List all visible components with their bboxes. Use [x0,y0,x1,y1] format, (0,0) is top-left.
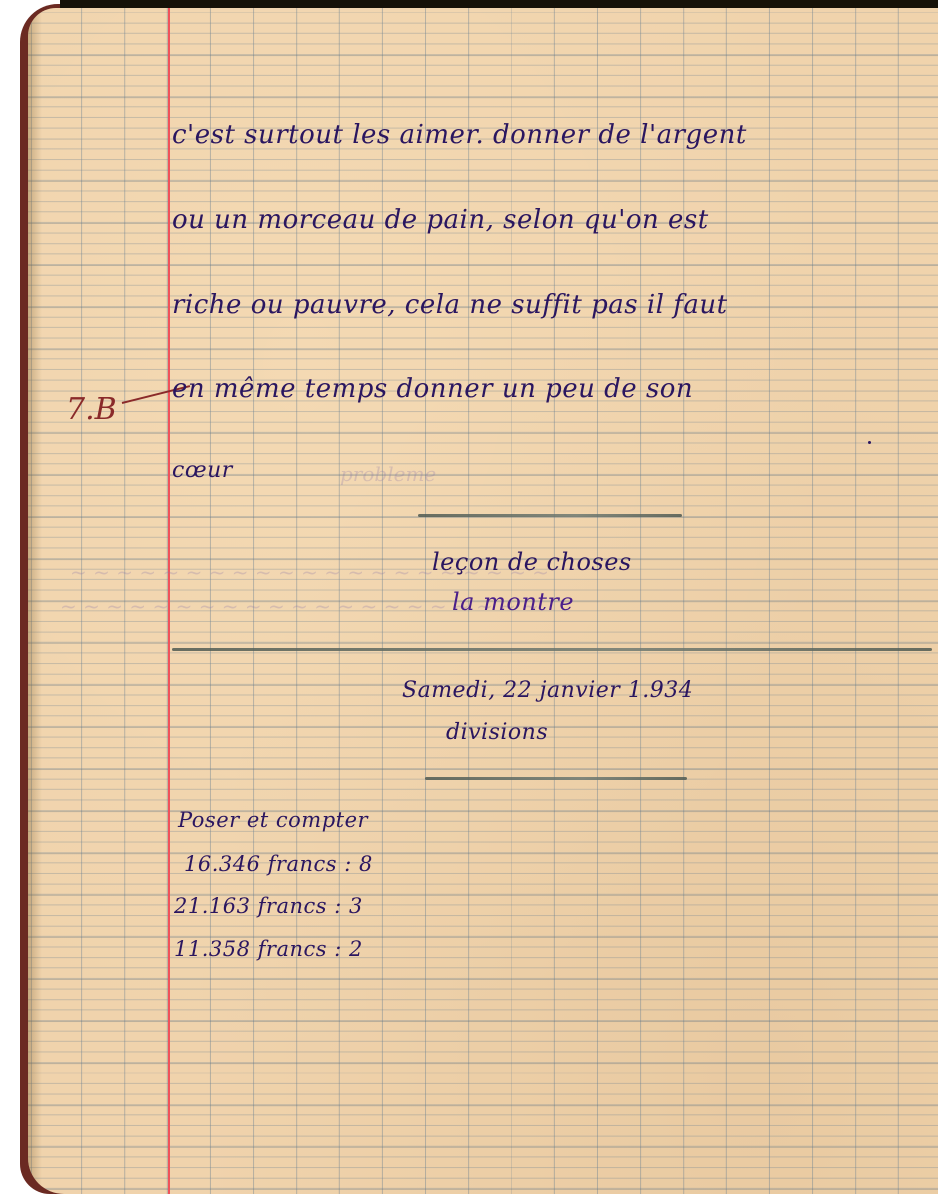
lesson-title: la montre [452,588,574,616]
entry-date: Samedi, 22 janvier 1.934 [402,678,693,703]
teacher-grade-mark: 7.B [66,392,117,427]
essay-line: c'est surtout les aimer. donner de l'arg… [172,120,747,150]
lesson-heading: leçon de choses [432,548,632,576]
section-rule [425,777,687,780]
essay-line: cœur [172,458,233,483]
essay-line: riche ou pauvre, cela ne suffit pas il f… [172,290,728,320]
section-rule [418,514,682,517]
binding-shadow [28,8,42,1194]
division-problem: 11.358 francs : 2 [174,937,363,961]
division-problem: 16.346 francs : 8 [184,852,373,876]
section-divider [172,648,932,651]
exercise-instruction: Poser et compter [178,808,368,832]
entry-subject: divisions [446,720,548,745]
essay-line: ou un morceau de pain, selon qu'on est [172,205,709,235]
ink-dot [868,441,871,444]
essay-line: en même temps donner un peu de son [172,374,693,404]
division-problem: 21.163 francs : 3 [174,894,363,918]
bleed-through-text: probleme [340,462,436,486]
